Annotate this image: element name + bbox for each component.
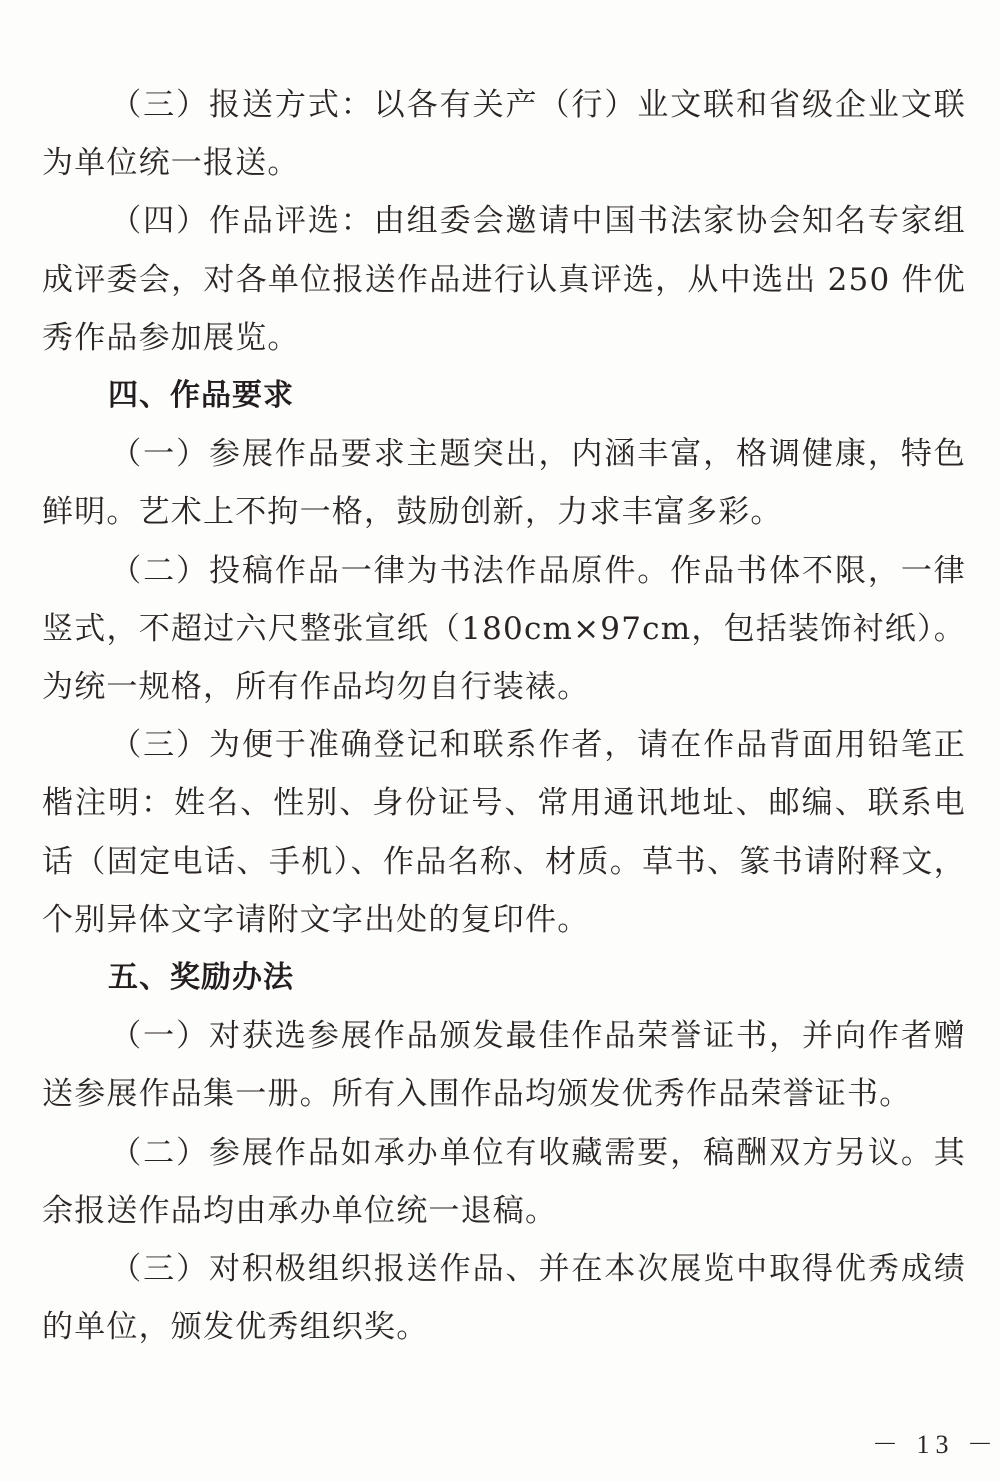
document-body: （三）报送方式：以各有关产（行）业文联和省级企业文联为单位统一报送。 （四）作品… <box>42 76 966 1356</box>
paragraph-work-selection: （四）作品评选：由组委会邀请中国书法家协会知名专家组成评委会，对各单位报送作品进… <box>42 192 966 367</box>
page-number: － 13 － <box>872 1424 999 1461</box>
paragraph-submission-method: （三）报送方式：以各有关产（行）业文联和省级企业文联为单位统一报送。 <box>42 76 966 192</box>
paragraph-author-info-labeling: （三）为便于准确登记和联系作者，请在作品背面用铅笔正楷注明：姓名、性别、身份证号… <box>42 716 966 949</box>
paragraph-organization-award: （三）对积极组织报送作品、并在本次展览中取得优秀成绩的单位，颁发优秀组织奖。 <box>42 1240 966 1356</box>
paragraph-theme-requirements: （一）参展作品要求主题突出，内涵丰富，格调健康，特色鲜明。艺术上不拘一格，鼓励创… <box>42 425 966 541</box>
paragraph-original-work-spec: （二）投稿作品一律为书法作品原件。作品书体不限，一律竖式，不超过六尺整张宣纸（1… <box>42 542 966 717</box>
paragraph-collection-remuneration: （二）参展作品如承办单位有收藏需要，稿酬双方另议。其余报送作品均由承办单位统一退… <box>42 1124 966 1240</box>
section-heading-work-requirements: 四、作品要求 <box>42 367 966 425</box>
paragraph-award-certificates: （一）对获选参展作品颁发最佳作品荣誉证书，并向作者赠送参展作品集一册。所有入围作… <box>42 1007 966 1123</box>
section-heading-awards: 五、奖励办法 <box>42 949 966 1007</box>
